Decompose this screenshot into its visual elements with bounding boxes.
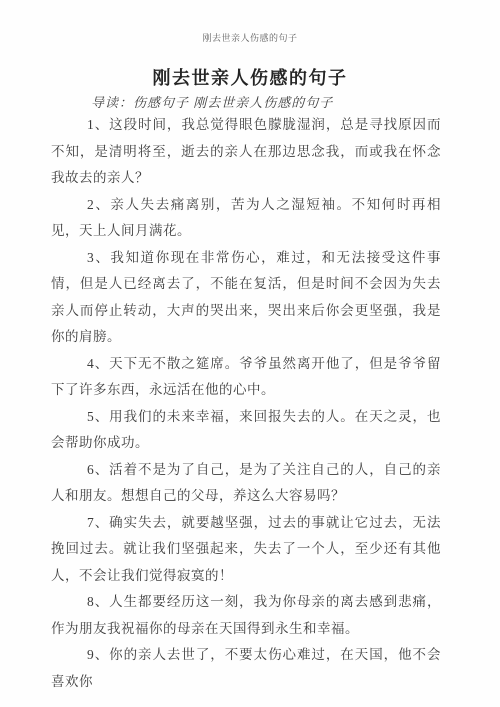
paragraph: 2、亲人失去痛离别，苦为人之湿短袖。不知何时再相见，天上人间月满花。 [51, 192, 441, 245]
lead-paragraph: 导读：伤感句子 刚去世亲人伤感的句子 [51, 94, 443, 112]
paragraph: 5、用我们的未来幸福，来回报失去的人。在天之灵，也会帮助你成功。 [51, 404, 441, 457]
running-header: 刚去世亲人伤感的句子 [0, 32, 500, 45]
lead-label: 导读： [91, 95, 133, 110]
paragraph: 3、我知道你现在非常伤心，难过，和无法接受这件事情，但是人已经离去了，不能在复活… [51, 245, 441, 351]
paragraph-list: 1、这段时间，我总觉得眼色朦胧湿润，总是寻找原因而不知，是清明将至，逝去的亲人在… [51, 112, 441, 695]
paragraph: 1、这段时间，我总觉得眼色朦胧湿润，总是寻找原因而不知，是清明将至，逝去的亲人在… [51, 112, 441, 192]
paragraph: 6、活着不是为了自己，是为了关注自己的人，自己的亲人和朋友。想想自己的父母，养这… [51, 457, 441, 510]
page-title: 刚去世亲人伤感的句子 [0, 65, 500, 91]
paragraph: 9、你的亲人去世了，不要太伤心难过，在天国，他不会喜欢你 [51, 642, 441, 695]
paragraph: 8、人生都要经历这一刻，我为你母亲的离去感到悲痛，作为朋友我祝福你的母亲在天国得… [51, 589, 441, 642]
lead-text: 伤感句子 刚去世亲人伤感的句子 [133, 95, 333, 110]
paragraph: 7、确实失去，就要越坚强，过去的事就让它过去，无法挽回过去。就让我们坚强起来，失… [51, 510, 441, 590]
document-page: 刚去世亲人伤感的句子 刚去世亲人伤感的句子 导读：伤感句子 刚去世亲人伤感的句子… [0, 0, 500, 707]
paragraph: 4、天下无不散之筵席。爷爷虽然离开他了，但是爷爷留下了许多东西，永远活在他的心中… [51, 351, 441, 404]
